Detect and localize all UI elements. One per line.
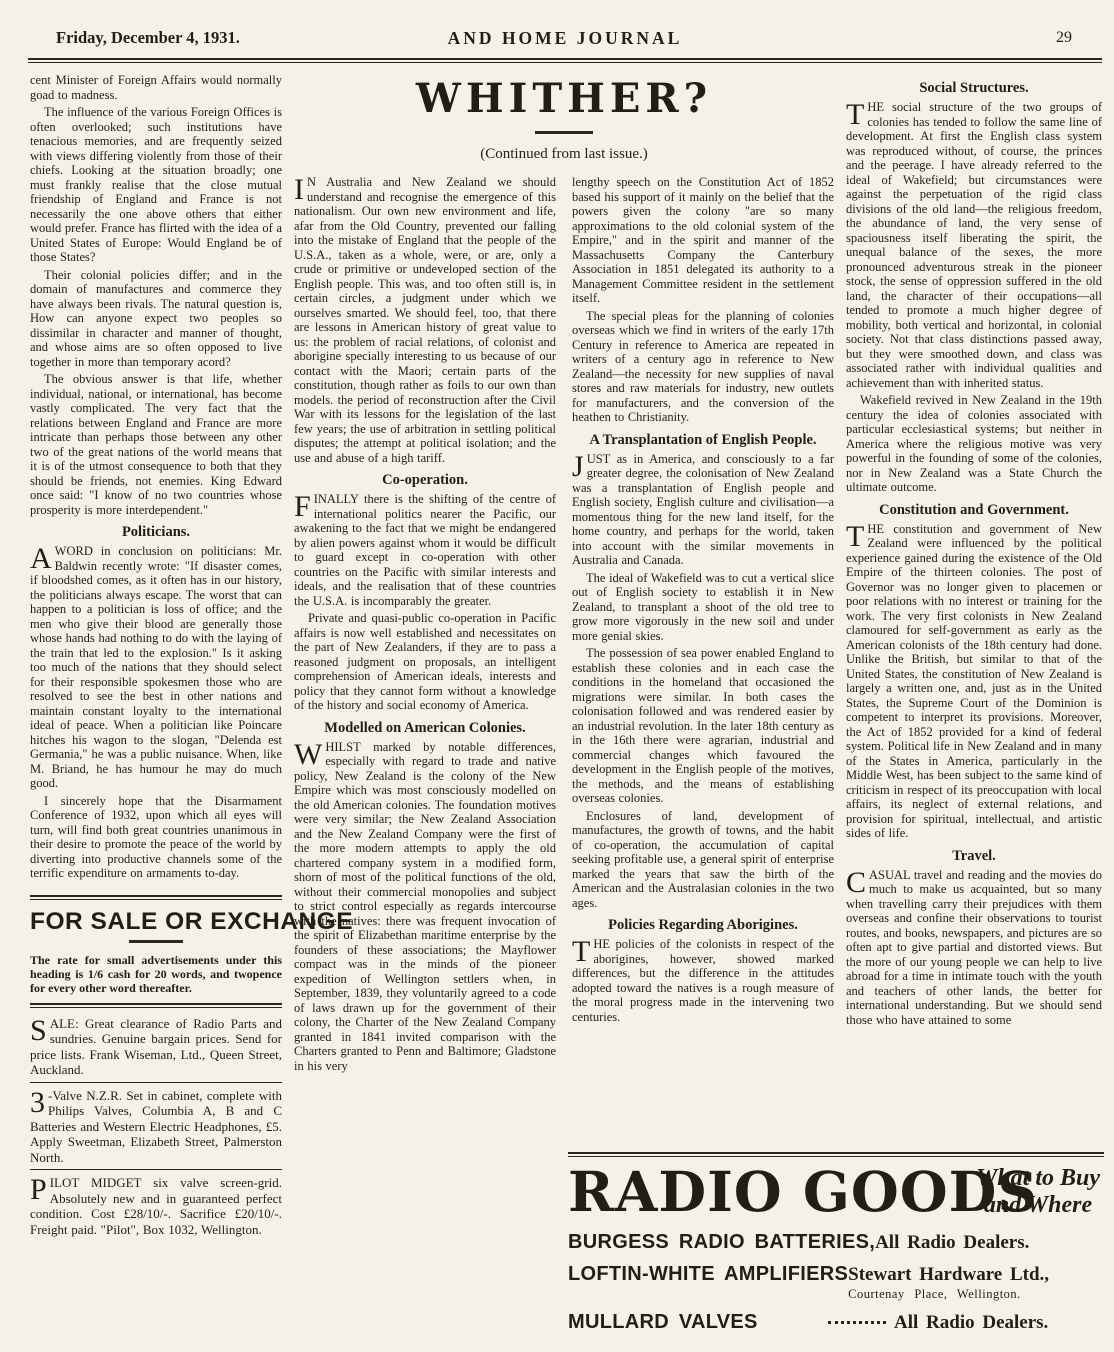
- drop-cap: 3: [30, 1088, 48, 1115]
- article-paragraph: CASUAL travel and reading and the movies…: [846, 868, 1102, 1028]
- article-headline: WHITHER?: [294, 77, 834, 121]
- ad-dealer: All Radio Dealers.: [894, 1312, 1048, 1334]
- for-sale-section: FOR SALE OR EXCHANGE The rate for small …: [30, 895, 282, 1238]
- column-layout: cent Minister of Foreign Affairs would n…: [0, 63, 1114, 1240]
- classified-ad: 3-Valve N.Z.R. Set in cabinet, complete …: [30, 1082, 282, 1166]
- radio-ad-row: MULLARD VALVESAll Radio Dealers.: [568, 1311, 1104, 1334]
- dotted-leader: [828, 1321, 886, 1324]
- article-paragraph: FINALLY there is the shifting of the cen…: [294, 492, 556, 608]
- article-paragraph: AWORD in conclusion on politicians: Mr. …: [30, 544, 282, 791]
- article-paragraph: Wakefield revived in New Zealand in the …: [846, 393, 1102, 495]
- ad-tagline: What to Buy and Where: [976, 1165, 1100, 1219]
- journal-title: AND HOME JOURNAL: [30, 28, 1100, 49]
- drop-cap: T: [846, 522, 867, 549]
- column-4: Social Structures.THE social structure o…: [846, 73, 1102, 1030]
- article-paragraph: WHILST marked by notable differences, es…: [294, 740, 556, 1074]
- drop-cap: W: [294, 740, 325, 767]
- ad-dealer-name: Stewart Hardware Ltd.,: [848, 1264, 1049, 1285]
- ad-dealer-address: Courtenay Place, Wellington.: [848, 1287, 1049, 1302]
- classified-list: SALE: Great clearance of Radio Parts and…: [30, 1016, 282, 1238]
- article-paragraph: The influence of the various Foreign Off…: [30, 105, 282, 265]
- whither-article: WHITHER? (Continued from last issue.) IN…: [294, 73, 834, 1076]
- title-tick-rule: [129, 940, 183, 943]
- section-subhead: Politicians.: [30, 524, 282, 541]
- drop-cap: S: [30, 1016, 50, 1043]
- classified-text: 3-Valve N.Z.R. Set in cabinet, complete …: [30, 1088, 282, 1166]
- ad-dealer: Stewart Hardware Ltd.,Courtenay Place, W…: [848, 1264, 1049, 1302]
- drop-cap: A: [30, 544, 55, 571]
- section-subhead: Social Structures.: [846, 80, 1102, 97]
- article-continuation: cent Minister of Foreign Affairs would n…: [30, 73, 282, 881]
- article-paragraph: JUST as in America, and consciously to a…: [572, 452, 834, 568]
- ad-dealer: All Radio Dealers.: [875, 1232, 1029, 1254]
- drop-cap: F: [294, 492, 314, 519]
- drop-cap: P: [30, 1175, 50, 1202]
- radio-ad-row: LOFTIN-WHITE AMPLIFIERSStewart Hardware …: [568, 1263, 1104, 1302]
- classified-text: SALE: Great clearance of Radio Parts and…: [30, 1016, 282, 1078]
- rate-note: The rate for small advertisements under …: [30, 953, 282, 995]
- ad-dealer-name: All Radio Dealers.: [894, 1312, 1048, 1333]
- continued-note: (Continued from last issue.): [294, 146, 834, 163]
- masthead: Friday, December 4, 1931. AND HOME JOURN…: [30, 28, 1100, 54]
- classified-ad: SALE: Great clearance of Radio Parts and…: [30, 1016, 282, 1078]
- section-subhead: A Transplantation of English People.: [572, 432, 834, 449]
- article-paragraph: THE policies of the colonists in respect…: [572, 937, 834, 1024]
- classified-text: PILOT MIDGET six valve screen-grid. Abso…: [30, 1175, 282, 1237]
- section-subhead: Co-operation.: [294, 472, 556, 489]
- drop-cap: J: [572, 452, 587, 479]
- page-number: 29: [1056, 29, 1072, 47]
- radio-goods-ad: RADIO GOODS What to Buy and Where BURGES…: [568, 1152, 1104, 1343]
- article-paragraph: Their colonial policies differ; and in t…: [30, 268, 282, 370]
- article-paragraph: The obvious answer is that life, whether…: [30, 372, 282, 517]
- section-rule: [30, 1003, 282, 1008]
- article-paragraph: IN Australia and New Zealand we should u…: [294, 175, 556, 465]
- drop-cap: T: [572, 937, 593, 964]
- ad-row-list: BURGESS RADIO BATTERIES,All Radio Dealer…: [568, 1231, 1104, 1334]
- article-paragraph: THE constitution and government of New Z…: [846, 522, 1102, 841]
- for-sale-title: FOR SALE OR EXCHANGE: [30, 908, 282, 936]
- ad-dealer-name: All Radio Dealers.: [875, 1232, 1029, 1253]
- column-3: lengthy speech on the Constitution Act o…: [572, 175, 834, 1076]
- ad-product-name: LOFTIN-WHITE AMPLIFIERS: [568, 1263, 848, 1286]
- ad-top-rule: [568, 1152, 1104, 1157]
- radio-ad-row: BURGESS RADIO BATTERIES,All Radio Dealer…: [568, 1231, 1104, 1254]
- drop-cap: T: [846, 100, 867, 127]
- column-2: IN Australia and New Zealand we should u…: [294, 175, 556, 1076]
- article-paragraph: Private and quasi-public co-operation in…: [294, 611, 556, 713]
- ad-tagline-line2: and Where: [984, 1192, 1092, 1218]
- ad-product-name: BURGESS RADIO BATTERIES,: [568, 1231, 875, 1254]
- section-subhead: Modelled on American Colonies.: [294, 720, 556, 737]
- drop-cap: I: [294, 175, 307, 202]
- section-rule: [30, 895, 282, 900]
- ad-product-name: MULLARD VALVES: [568, 1311, 826, 1334]
- article-paragraph: THE social structure of the two groups o…: [846, 100, 1102, 390]
- article-paragraph: The ideal of Wakefield was to cut a vert…: [572, 571, 834, 644]
- article-paragraph: Enclosures of land, development of manuf…: [572, 809, 834, 911]
- ad-header: RADIO GOODS What to Buy and Where: [568, 1163, 1104, 1223]
- section-subhead: Constitution and Government.: [846, 502, 1102, 519]
- newspaper-page: Friday, December 4, 1931. AND HOME JOURN…: [0, 0, 1114, 1352]
- article-paragraph: I sincerely hope that the Disarmament Co…: [30, 794, 282, 881]
- classified-ad: PILOT MIDGET six valve screen-grid. Abso…: [30, 1169, 282, 1237]
- article-header: WHITHER? (Continued from last issue.): [294, 77, 834, 163]
- article-paragraph: The special pleas for the planning of co…: [572, 309, 834, 425]
- headline-tick-rule: [535, 131, 593, 134]
- article-paragraph: lengthy speech on the Constitution Act o…: [572, 175, 834, 306]
- ad-tagline-line1: What to Buy: [976, 1165, 1100, 1191]
- column-1: cent Minister of Foreign Affairs would n…: [30, 73, 282, 1240]
- section-subhead: Policies Regarding Aborigines.: [572, 917, 834, 934]
- drop-cap: C: [846, 868, 869, 895]
- section-subhead: Travel.: [846, 848, 1102, 865]
- article-paragraph: The possession of sea power enabled Engl…: [572, 646, 834, 806]
- article-paragraph: cent Minister of Foreign Affairs would n…: [30, 73, 282, 102]
